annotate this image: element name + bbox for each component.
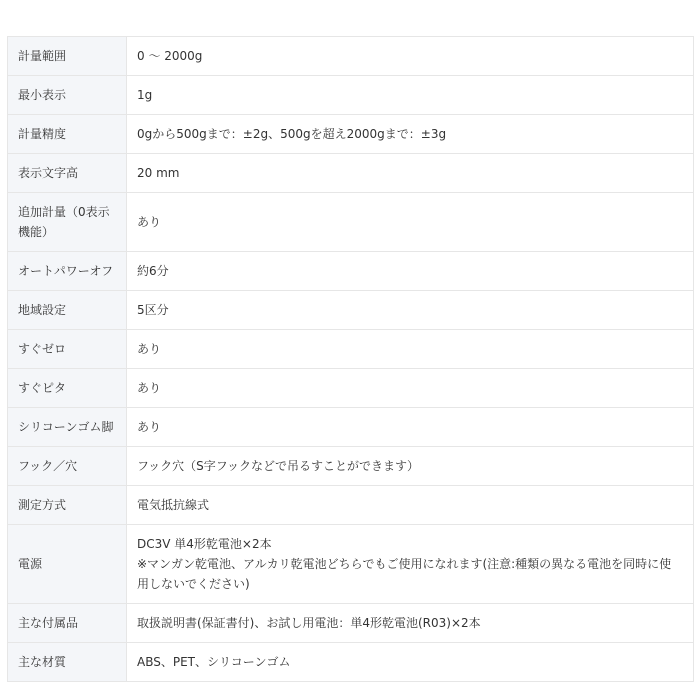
spec-value: 0gから500gまで：±2g、500gを超え2000gまで：±3g [127,115,694,154]
spec-value-line: DC3V 単4形乾電池×2本 [137,534,683,554]
spec-value: 1g [127,76,694,115]
spec-row-accuracy: 計量精度 0gから500gまで：±2g、500gを超え2000gまで：±3g [8,115,694,154]
spec-value-note: ※マンガン乾電池、アルカリ乾電池どちらでもご使用になれます(注意:種類の異なる電… [137,554,683,594]
spec-table: 計量範囲 0 ～ 2000g 最小表示 1g 計量精度 0gから500gまで：±… [7,36,694,682]
spec-row-sugu-zero: すぐゼロ あり [8,330,694,369]
spec-value: あり [127,408,694,447]
spec-value: 20 mm [127,154,694,193]
spec-label: シリコーンゴム脚 [8,408,127,447]
spec-label: すぐピタ [8,369,127,408]
spec-value: 取扱説明書(保証書付)、お試し用電池：単4形乾電池(R03)×2本 [127,604,694,643]
spec-row-region-setting: 地域設定 5区分 [8,291,694,330]
spec-value: あり [127,330,694,369]
spec-label: 測定方式 [8,486,127,525]
spec-value: 約6分 [127,252,694,291]
spec-label: 地域設定 [8,291,127,330]
spec-label: すぐゼロ [8,330,127,369]
spec-value: 電気抵抗線式 [127,486,694,525]
spec-value: フック穴（S字フックなどで吊るすことができます） [127,447,694,486]
spec-value: あり [127,193,694,252]
spec-value: DC3V 単4形乾電池×2本 ※マンガン乾電池、アルカリ乾電池どちらでもご使用に… [127,525,694,604]
spec-row-accessories: 主な付属品 取扱説明書(保証書付)、お試し用電池：単4形乾電池(R03)×2本 [8,604,694,643]
spec-row-tare: 追加計量（0表示機能） あり [8,193,694,252]
spec-value: ABS、PET、シリコーンゴム [127,643,694,682]
spec-row-materials: 主な材質 ABS、PET、シリコーンゴム [8,643,694,682]
spec-label: 計量範囲 [8,37,127,76]
spec-label: 主な材質 [8,643,127,682]
spec-row-sugu-pita: すぐピタ あり [8,369,694,408]
spec-value: あり [127,369,694,408]
spec-row-power-source: 電源 DC3V 単4形乾電池×2本 ※マンガン乾電池、アルカリ乾電池どちらでもご… [8,525,694,604]
spec-label: 表示文字高 [8,154,127,193]
spec-row-char-height: 表示文字高 20 mm [8,154,694,193]
spec-label: 主な付属品 [8,604,127,643]
spec-value: 0 ～ 2000g [127,37,694,76]
spec-label: 最小表示 [8,76,127,115]
spec-row-measuring-range: 計量範囲 0 ～ 2000g [8,37,694,76]
spec-row-min-display: 最小表示 1g [8,76,694,115]
spec-row-auto-power-off: オートパワーオフ 約6分 [8,252,694,291]
spec-label: 電源 [8,525,127,604]
spec-row-hook-hole: フック／穴 フック穴（S字フックなどで吊るすことができます） [8,447,694,486]
spec-value: 5区分 [127,291,694,330]
spec-label: オートパワーオフ [8,252,127,291]
spec-label: 計量精度 [8,115,127,154]
spec-label: フック／穴 [8,447,127,486]
spec-label: 追加計量（0表示機能） [8,193,127,252]
spec-row-silicone-feet: シリコーンゴム脚 あり [8,408,694,447]
spec-row-measurement-method: 測定方式 電気抵抗線式 [8,486,694,525]
